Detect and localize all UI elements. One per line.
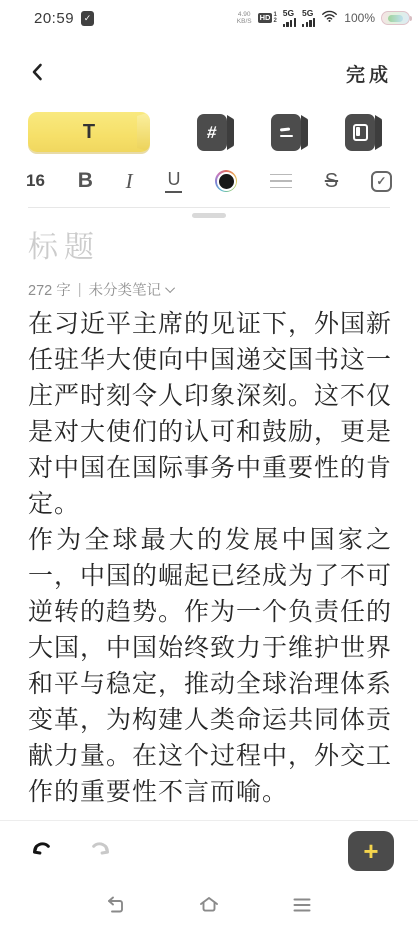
template-key[interactable] [271, 114, 301, 151]
redo-icon [86, 836, 114, 864]
back-button[interactable] [24, 58, 52, 86]
text-style-key-label: T [83, 121, 95, 144]
note-editor-screen: 20:59 ✓ 4.90 KB/S HD 1 2 5G 5G [0, 0, 418, 930]
text-style-key[interactable]: T [28, 112, 150, 152]
redo-button[interactable] [86, 836, 114, 864]
drag-handle[interactable] [192, 213, 226, 218]
hd-volte-icon: HD 1 2 [258, 12, 277, 24]
layout-key[interactable] [345, 114, 375, 151]
android-recents-button[interactable] [289, 892, 315, 918]
text-lines-icon [280, 128, 293, 137]
wifi-icon [321, 9, 338, 28]
word-count: 272 字 [28, 279, 71, 300]
network-speed: 4.90 KB/S [237, 11, 252, 26]
check-icon: ✓ [376, 174, 386, 188]
note-body-editor[interactable]: 在习近平主席的见证下，外国新任驻华大使向中国递交国书这一庄严时刻令人印象深刻。这… [28, 306, 392, 818]
signal-sim2-icon: 5G [302, 9, 315, 28]
android-home-button[interactable] [196, 892, 222, 918]
android-back-icon [104, 893, 128, 917]
paragraph: 在习近平主席的见证下，外国新任驻华大使向中国递交国书这一庄严时刻令人印象深刻。这… [28, 306, 392, 522]
toolbar-keys-row: T # [0, 106, 418, 158]
checklist-button[interactable]: ✓ [371, 171, 392, 192]
done-button[interactable]: 完成 [346, 60, 392, 87]
underline-button[interactable]: U [165, 169, 182, 193]
category-selector[interactable]: 未分类笔记 [89, 279, 162, 300]
android-recents-icon [290, 893, 314, 917]
paragraph: 作为全球最大的发展中国家之一，中国的崛起已经成为了不可逆转的趋势。作为一个负责任… [28, 522, 392, 810]
bold-button[interactable]: B [78, 169, 93, 193]
edit-bar: + [0, 820, 418, 880]
note-meta: 272 字 | 未分类笔记 [28, 279, 175, 300]
title-input[interactable]: 标题 [28, 222, 390, 266]
battery-percent: 100% [344, 11, 375, 25]
text-color-button[interactable] [215, 170, 237, 192]
toolbar-divider [28, 207, 390, 208]
strikethrough-button[interactable]: S [325, 170, 338, 193]
clock: 20:59 [34, 10, 74, 27]
chevron-left-icon [28, 62, 48, 82]
android-back-button[interactable] [103, 892, 129, 918]
undo-icon [28, 836, 56, 864]
tag-key[interactable]: # [197, 114, 227, 151]
status-bar: 20:59 ✓ 4.90 KB/S HD 1 2 5G 5G [0, 0, 418, 36]
hash-icon: # [206, 123, 218, 143]
card-layout-icon [353, 124, 368, 141]
font-size-button[interactable]: 16 [26, 171, 45, 191]
add-button[interactable]: + [348, 831, 394, 871]
android-nav-bar [0, 880, 418, 930]
format-toolbar: 16 B I U S ✓ [0, 158, 418, 204]
battery-icon [381, 11, 410, 25]
signal-sim1-icon: 5G [283, 9, 296, 28]
chevron-down-icon[interactable] [165, 283, 175, 293]
nav-bar: 完成 [0, 44, 418, 100]
notification-note-icon: ✓ [81, 11, 94, 26]
italic-button[interactable]: I [126, 169, 133, 194]
line-spacing-button[interactable] [270, 174, 292, 189]
undo-button[interactable] [28, 836, 56, 864]
plus-icon: + [363, 838, 378, 864]
android-home-icon [197, 893, 221, 917]
